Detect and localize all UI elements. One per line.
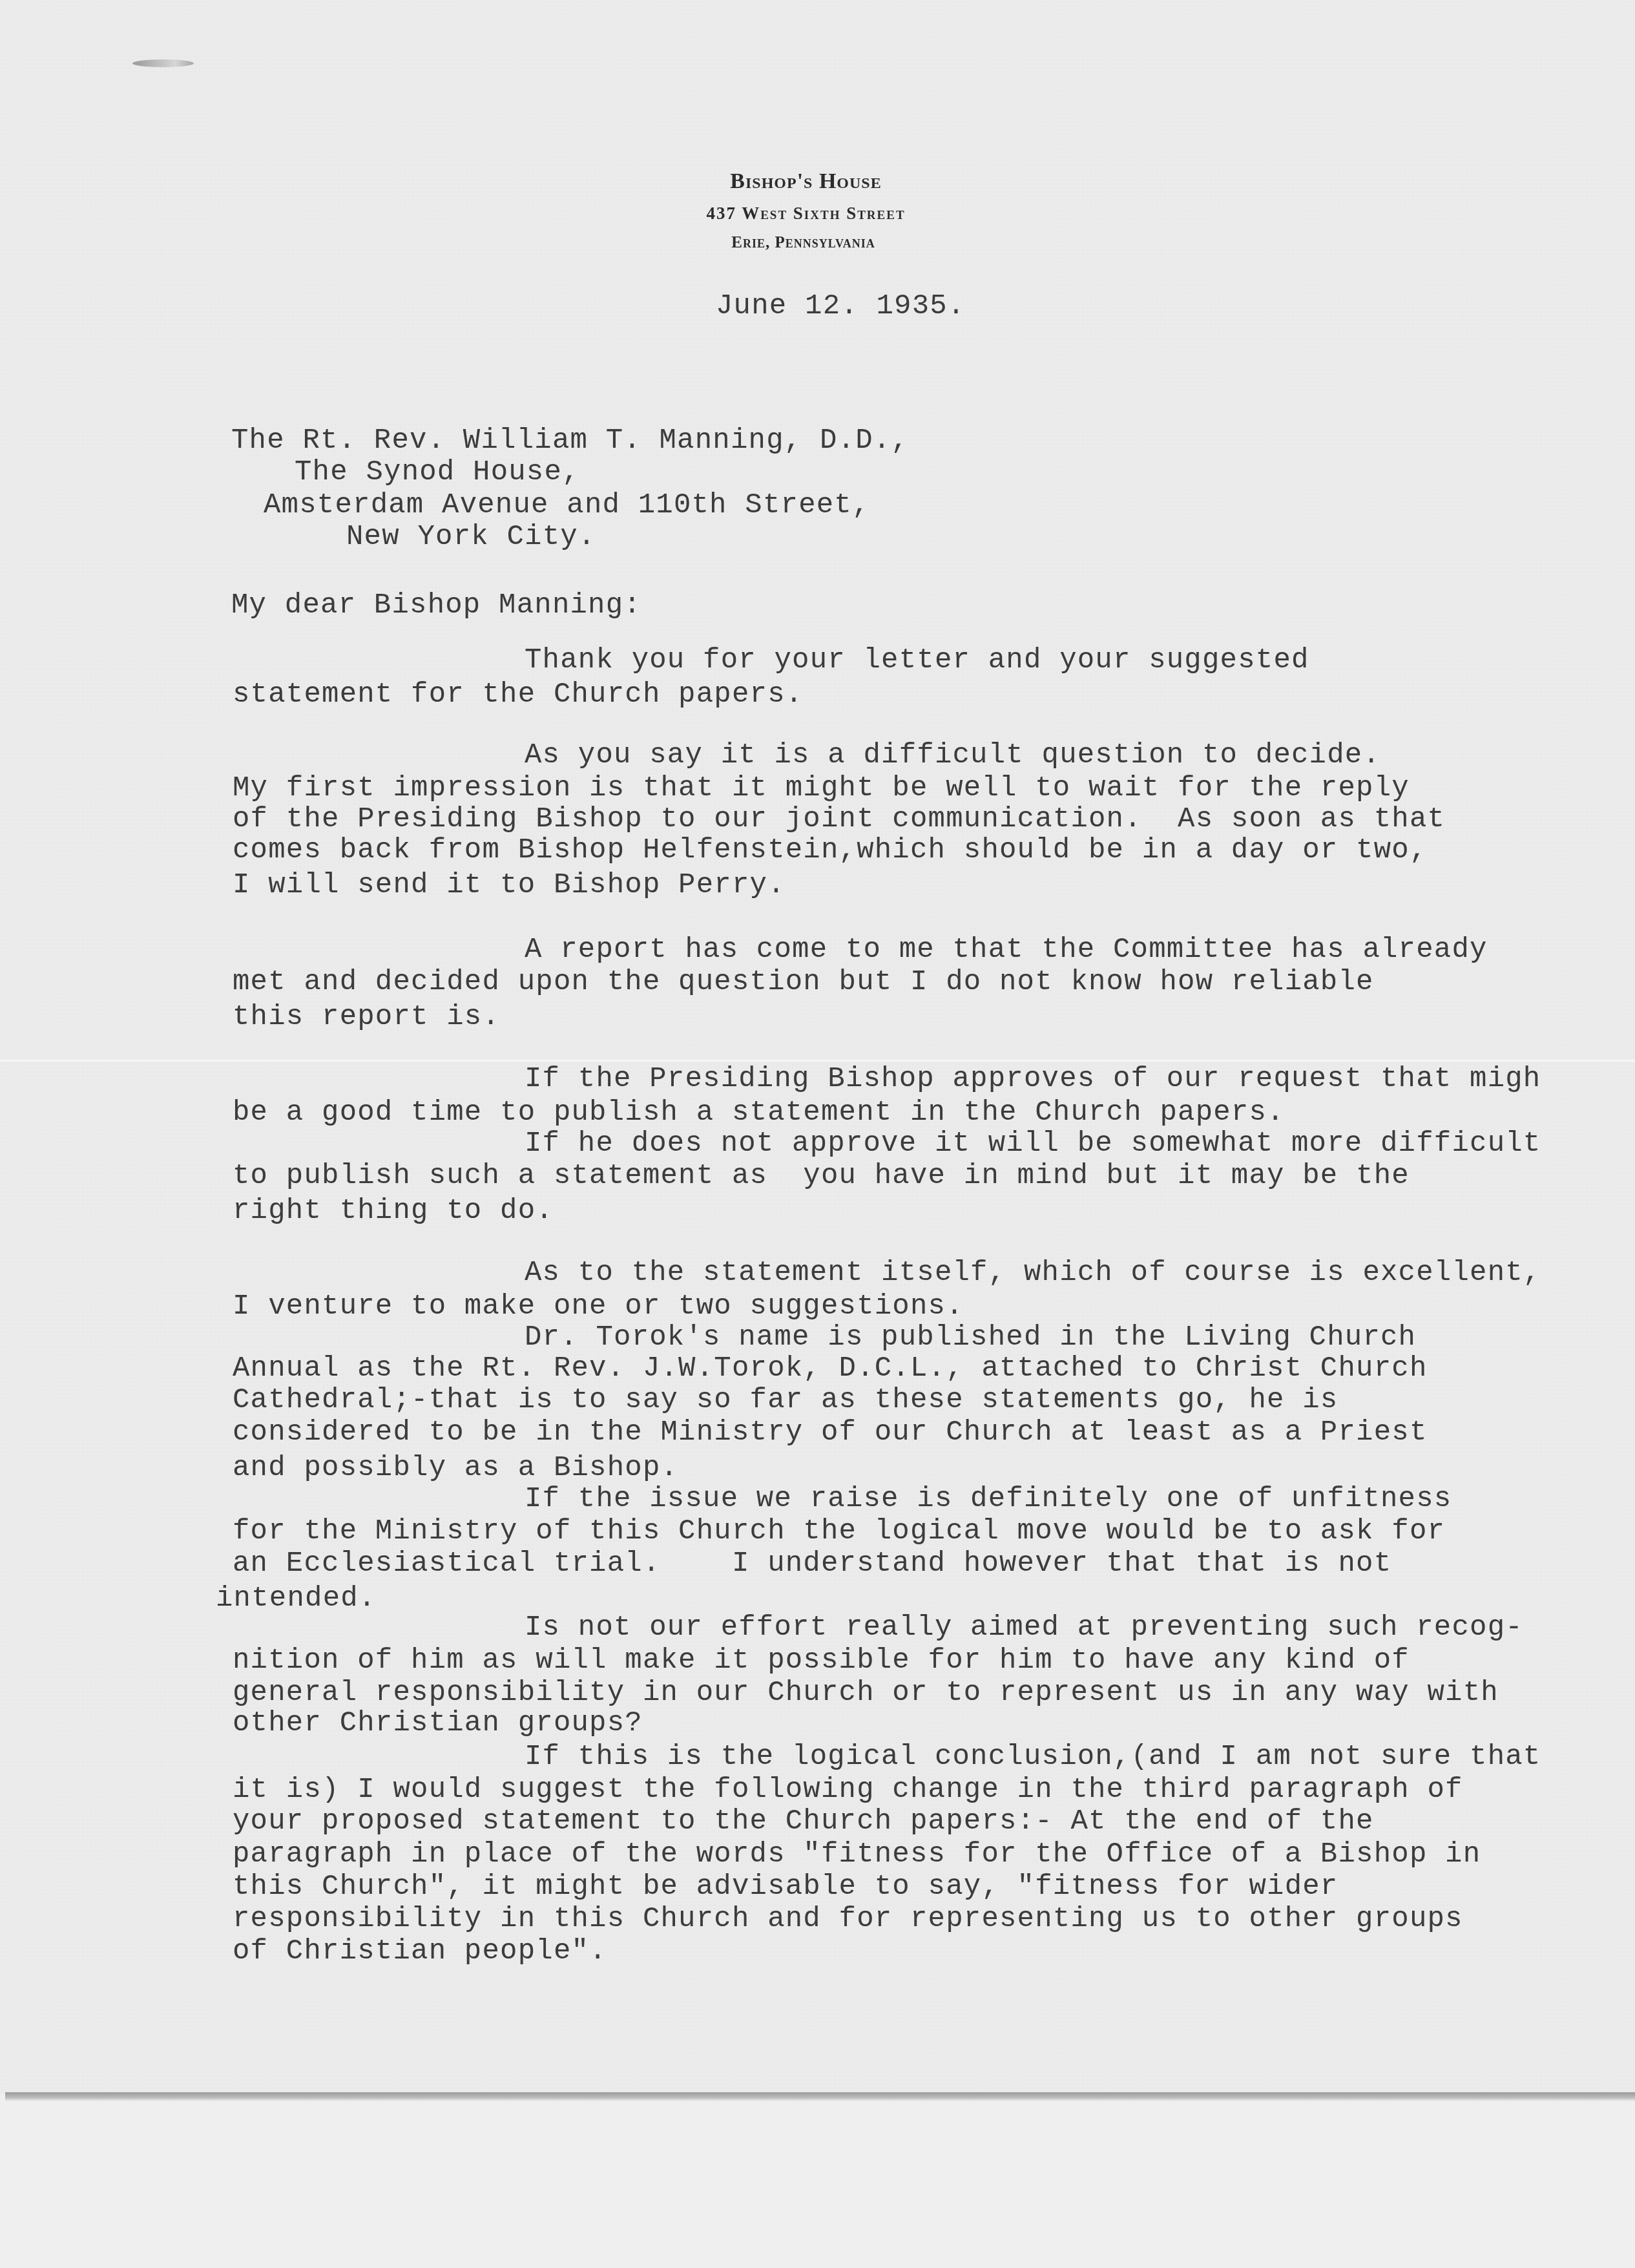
body-line: Is not our effort really aimed at preven… [525,1613,1523,1642]
body-line: As to the statement itself, which of cou… [525,1259,1541,1287]
body-line: My first impression is that it might be … [233,774,1410,803]
body-line: As you say it is a difficult question to… [525,741,1380,770]
body-line: your proposed statement to the Church pa… [233,1807,1374,1836]
paper-bottom-edge-shadow [5,2092,1635,2101]
body-line: If he does not approve it will be somewh… [525,1129,1541,1158]
body-line: this Church", it might be advisable to s… [233,1873,1338,1901]
body-line: paragraph in place of the words "fitness… [233,1840,1481,1869]
body-line: an Ecclesiastical trial. I understand ho… [233,1549,1391,1578]
body-line: I venture to make one or two suggestions… [233,1292,964,1321]
recipient-line: The Synod House, [295,458,580,487]
body-line: Thank you for your letter and your sugge… [525,646,1309,675]
body-line: comes back from Bishop Helfenstein,which… [233,836,1428,865]
body-line: Dr. Torok's name is published in the Liv… [525,1323,1416,1352]
body-line: intended. [216,1584,376,1613]
body-line: of Christian people". [233,1937,607,1966]
body-line: responsibility in this Church and for re… [233,1905,1463,1933]
body-line: for the Ministry of this Church the logi… [233,1517,1445,1546]
recipient-line: The Rt. Rev. William T. Manning, D.D., [231,426,909,455]
letterhead-address: 437 West Sixth Street [0,204,1623,224]
body-line: be a good time to publish a statement in… [233,1098,1285,1127]
body-line: met and decided upon the question but I … [233,968,1374,996]
body-line: If the issue we raise is definitely one … [525,1485,1452,1513]
recipient-line: Amsterdam Avenue and 110th Street, [264,491,870,520]
body-line: nition of him as will make it possible f… [233,1646,1410,1675]
salutation: My dear Bishop Manning: [231,591,641,620]
letter-date: June 12. 1935. [716,292,965,320]
body-line: and possibly as a Bishop. [233,1454,678,1482]
body-line: statement for the Church papers. [233,680,803,709]
body-line: to publish such a statement as you have … [233,1162,1410,1190]
body-line: If this is the logical conclusion,(and I… [525,1743,1541,1771]
scan-blemish [132,59,194,67]
body-line: of the Presiding Bishop to our joint com… [233,805,1445,834]
body-line: If the Presiding Bishop approves of our … [525,1065,1541,1093]
paper-fold-line [0,1060,1635,1062]
body-line: right thing to do. [233,1197,554,1225]
body-line: this report is. [233,1003,500,1031]
body-line: A report has come to me that the Committ… [525,936,1488,964]
body-line: Annual as the Rt. Rev. J.W.Torok, D.C.L.… [233,1354,1428,1383]
letterhead-city: Erie, Pennsylvania [0,234,1621,252]
body-line: considered to be in the Ministry of our … [233,1418,1428,1447]
body-line: general responsibility in our Church or … [233,1679,1499,1707]
recipient-line: New York City. [346,523,596,551]
body-line: it is) I would suggest the following cha… [233,1776,1463,1804]
body-line: other Christian groups? [233,1709,643,1738]
letter-page: Bishop's House 437 West Sixth Street Eri… [0,0,1635,2094]
body-line: Cathedral;-that is to say so far as thes… [233,1386,1338,1414]
letterhead-name: Bishop's House [0,169,1623,194]
body-line: I will send it to Bishop Perry. [233,871,786,899]
